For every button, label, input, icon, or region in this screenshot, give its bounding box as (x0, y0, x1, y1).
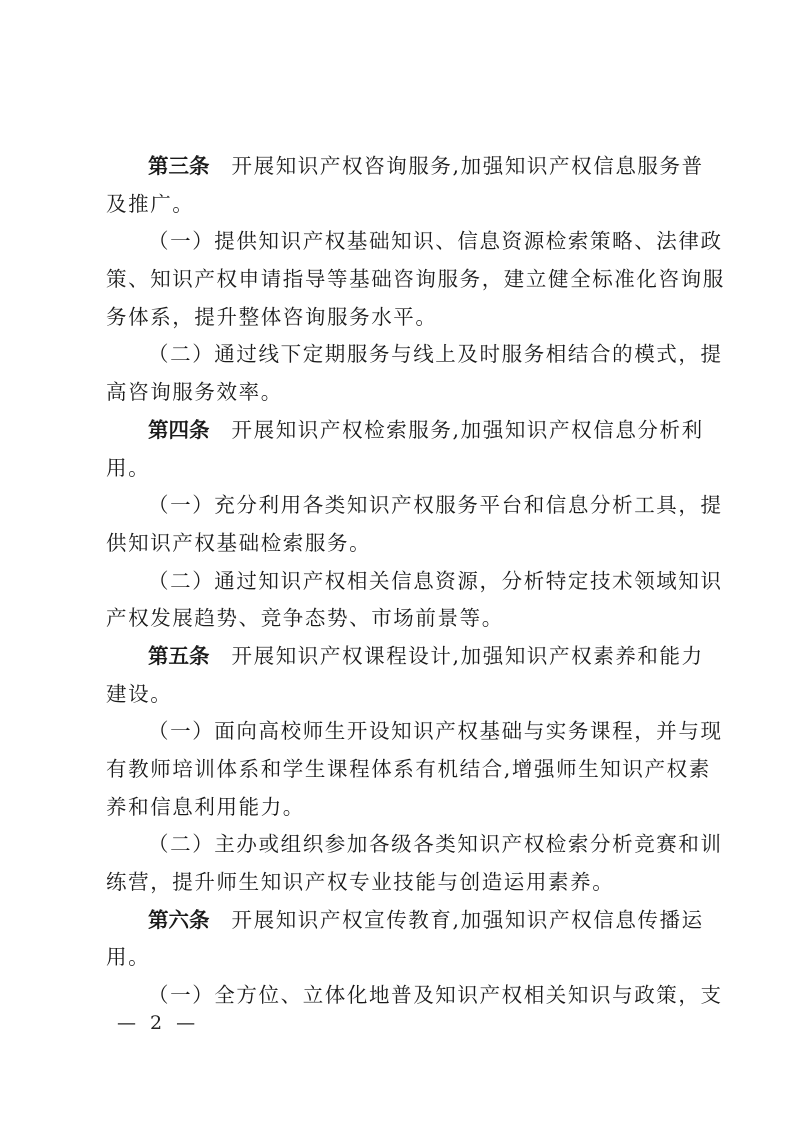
article-number: 第三条 (148, 154, 210, 178)
article-6-heading-cont: 用。 (106, 939, 694, 977)
paragraph-line: （一）面向高校师生开设知识产权基础与实务课程，并与现 (106, 713, 694, 751)
paragraph-line: （一）全方位、立体化地普及知识产权相关知识与政策，支 (106, 977, 694, 1015)
paragraph-line: 养和信息利用能力。 (106, 789, 694, 827)
paragraph-line: 产权发展趋势、竞争态势、市场前景等。 (106, 600, 694, 638)
article-title-text: 开展知识产权课程设计,加强知识产权素养和能力 (232, 644, 704, 668)
article-title-text: 开展知识产权咨询服务,加强知识产权信息服务普 (232, 154, 704, 178)
paragraph-line: （二）通过线下定期服务与线上及时服务相结合的模式，提 (106, 336, 694, 374)
article-3-heading: 第三条开展知识产权咨询服务,加强知识产权信息服务普 (106, 148, 694, 186)
paragraph-line: （二）主办或组织参加各级各类知识产权检索分析竞赛和训 (106, 826, 694, 864)
page-number: — 2 — (117, 1012, 199, 1034)
article-5-heading-cont: 建设。 (106, 676, 694, 714)
paragraph-line: 练营，提升师生知识产权专业技能与创造运用素养。 (106, 864, 694, 902)
paragraph-line: 务体系，提升整体咨询服务水平。 (106, 299, 694, 337)
paragraph-line: 策、知识产权申请指导等基础咨询服务，建立健全标准化咨询服 (106, 261, 694, 299)
article-title-text: 开展知识产权检索服务,加强知识产权信息分析利 (232, 418, 704, 442)
paragraph-line: 高咨询服务效率。 (106, 374, 694, 412)
article-title-text: 开展知识产权宣传教育,加强知识产权信息传播运 (232, 908, 704, 932)
article-6-heading: 第六条开展知识产权宣传教育,加强知识产权信息传播运 (106, 902, 694, 940)
paragraph-line: 供知识产权基础检索服务。 (106, 525, 694, 563)
paragraph-line: （一）充分利用各类知识产权服务平台和信息分析工具，提 (106, 487, 694, 525)
article-4-heading-cont: 用。 (106, 450, 694, 488)
article-3-heading-cont: 及推广。 (106, 186, 694, 224)
article-number: 第五条 (148, 644, 210, 668)
article-4-heading: 第四条开展知识产权检索服务,加强知识产权信息分析利 (106, 412, 694, 450)
article-5-heading: 第五条开展知识产权课程设计,加强知识产权素养和能力 (106, 638, 694, 676)
article-number: 第六条 (148, 908, 210, 932)
paragraph-line: 有教师培训体系和学生课程体系有机结合,增强师生知识产权素 (106, 751, 694, 789)
paragraph-line: （二）通过知识产权相关信息资源，分析特定技术领域知识 (106, 563, 694, 601)
article-number: 第四条 (148, 418, 210, 442)
paragraph-line: （一）提供知识产权基础知识、信息资源检索策略、法律政 (106, 223, 694, 261)
document-page: 第三条开展知识产权咨询服务,加强知识产权信息服务普 及推广。 （一）提供知识产权… (106, 148, 694, 1015)
